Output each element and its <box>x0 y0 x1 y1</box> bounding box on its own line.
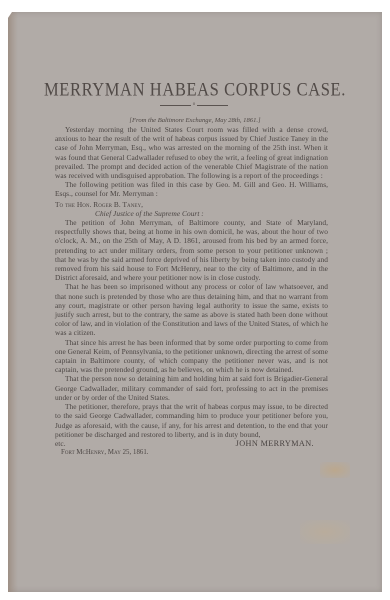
intro-paragraph: The following petition was filed in this… <box>55 180 328 198</box>
title-ornament-divider: o <box>160 103 228 107</box>
petition-paragraph: That since his arrest he has been inform… <box>55 338 328 375</box>
petition-paragraph: That the person now so detaining him and… <box>55 374 328 402</box>
divider-line <box>197 105 228 106</box>
petition-paragraph: The petitioner, therefore, prays that th… <box>55 402 328 439</box>
closing-etc: etc. <box>55 439 66 448</box>
salutation-title: Chief Justice of the Supreme Court : <box>55 209 328 218</box>
document-body: Yesterday morning the United States Cour… <box>55 125 328 457</box>
salutation: To the Hon. Roger B. Taney, <box>55 200 328 209</box>
dateline: Fort McHenry, May 25, 1861. <box>55 448 328 457</box>
signature-row: etc. JOHN MERRYMAN. <box>55 439 328 448</box>
source-line: [From the Baltimore Exchange, May 28th, … <box>0 117 390 124</box>
divider-line <box>160 105 191 106</box>
petition-paragraph: The petition of John Merryman, of Baltim… <box>55 218 328 282</box>
paper-stain <box>300 520 350 544</box>
signature: JOHN MERRYMAN. <box>236 439 328 448</box>
document-title: MERRYMAN HABEAS CORPUS CASE. <box>0 78 390 101</box>
paper-stain <box>320 462 350 478</box>
intro-paragraph: Yesterday morning the United States Cour… <box>55 125 328 180</box>
petition-paragraph: That he has been so imprisoned without a… <box>55 282 328 337</box>
